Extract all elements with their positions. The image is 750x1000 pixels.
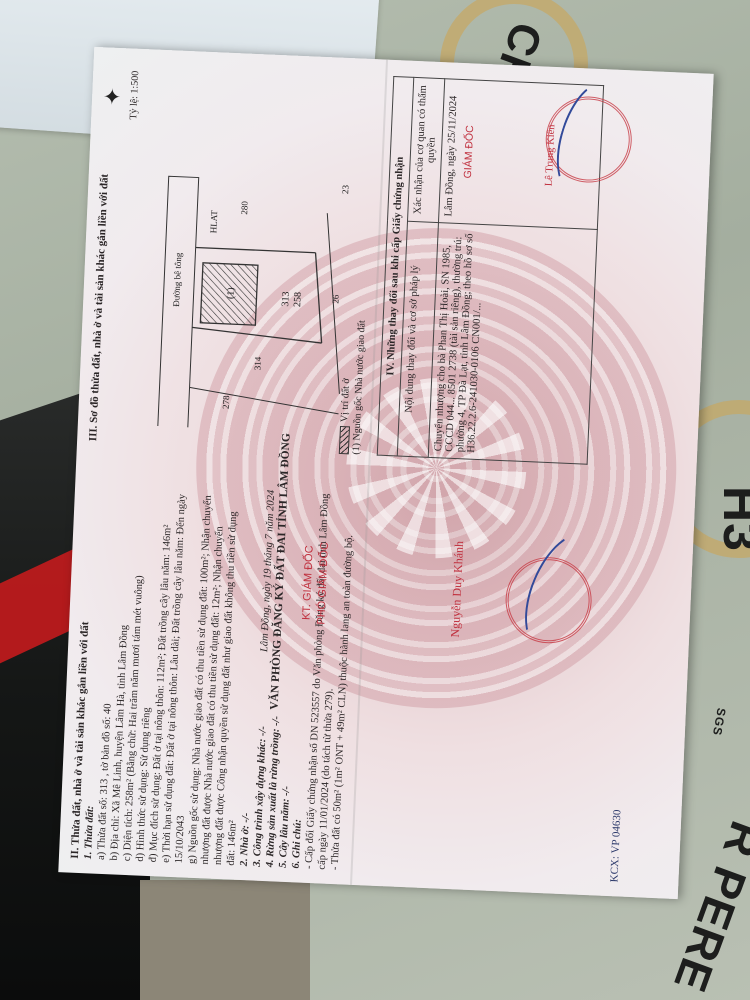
hlat-label: HLAT bbox=[208, 210, 219, 234]
serial-number: KCX: VP 04630 bbox=[608, 809, 624, 882]
hatch-swatch bbox=[338, 426, 349, 454]
neighbor-parcel: 278 bbox=[221, 395, 232, 409]
section3-heading: III. Sơ đồ thửa đất, nhà ở và tài sản kh… bbox=[87, 174, 112, 442]
neighbor-parcel: 280 bbox=[239, 200, 250, 214]
neighbor-parcel: 23 bbox=[340, 184, 350, 194]
legend-item: Vị trí đất ở bbox=[339, 378, 352, 422]
floor-stencil-text: H3 bbox=[712, 486, 750, 552]
floor-tile bbox=[140, 880, 310, 1000]
parcel-diagram: Đường bê tông 313 258 (1) 278 314 26 23 … bbox=[117, 135, 370, 455]
land-use-certificate: II. Thửa đất, nhà ở và tài sản khác gắn … bbox=[58, 47, 713, 899]
north-arrow-icon: ✦ bbox=[102, 83, 125, 106]
neighbor-parcel: 314 bbox=[252, 356, 263, 370]
parcel-number: 313 bbox=[280, 291, 292, 306]
road-label: Đường bê tông bbox=[171, 252, 183, 307]
parcel-area: 258 bbox=[292, 292, 304, 307]
house-marker: (1) bbox=[225, 287, 236, 299]
change-content: Chuyển nhượng cho bà Phan Thị Hoài, SN 1… bbox=[428, 223, 597, 465]
confirmation-role: GIÁM ĐỐC bbox=[460, 86, 478, 217]
confirmation-date: Lâm Đồng, ngày 25/11/2024 bbox=[443, 85, 460, 216]
map-scale: Tỷ lệ: 1:500 bbox=[127, 71, 142, 120]
neighbor-parcel: 26 bbox=[330, 294, 340, 304]
